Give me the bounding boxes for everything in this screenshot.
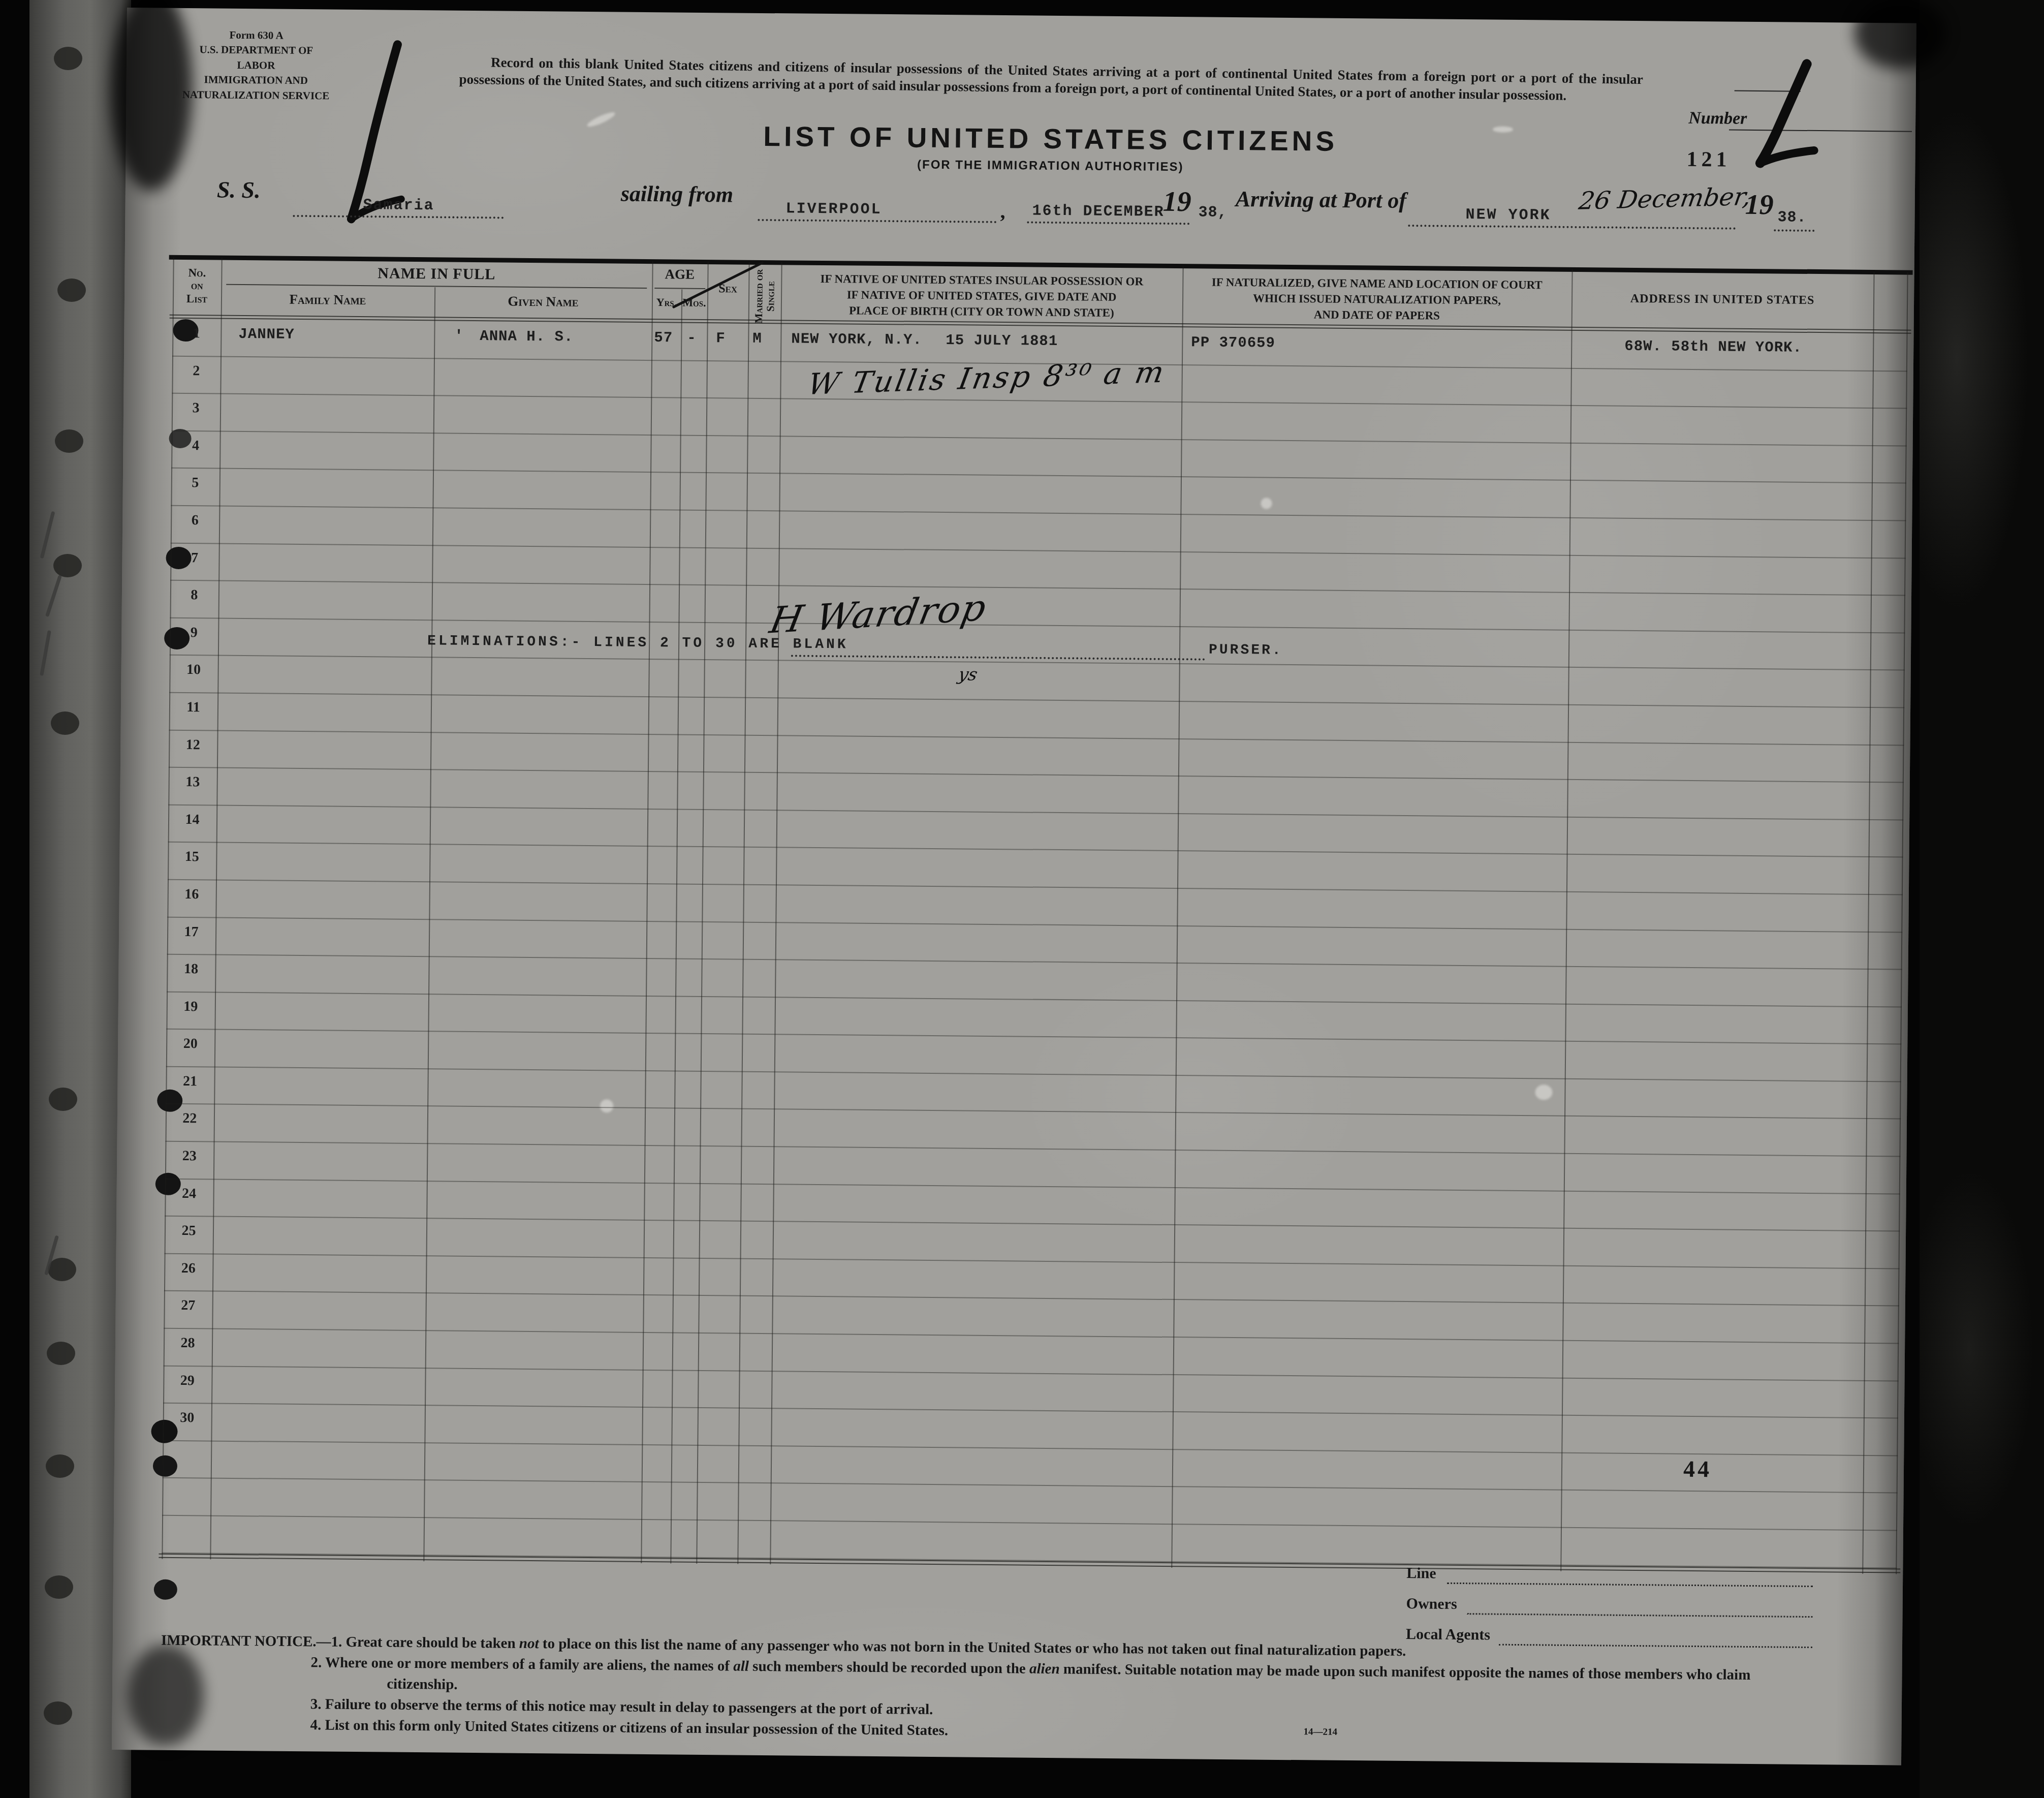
notice-text: 2. Where one or more members of a family… (310, 1654, 733, 1674)
departure-port-rule (758, 219, 996, 223)
owners-rule (1467, 1613, 1813, 1618)
col-header-yrs: Yrs. (652, 296, 681, 309)
row-number (163, 1484, 211, 1485)
row-number: 26 (164, 1260, 212, 1277)
row-number: 11 (169, 699, 217, 716)
page-title: LIST OF UNITED STATES CITIZENS (459, 117, 1643, 160)
col-header-naturalized: IF NATURALIZED, GIVE NAME AND LOCATION O… (1182, 274, 1572, 325)
married-single-value: M (752, 330, 762, 347)
sailing-year-typed: 38, (1198, 204, 1227, 221)
stamp-44: 44 (1683, 1455, 1712, 1482)
sex-value: F (716, 330, 726, 347)
row-number: 12 (169, 736, 217, 753)
row-number: 8 (170, 587, 218, 604)
film-scratch-mark (40, 511, 55, 559)
film-strip-right (1920, 0, 2044, 1798)
col-header-no: No. on List (173, 266, 222, 305)
col-header-given-name: Given Name (434, 293, 652, 311)
comma: , (1000, 199, 1005, 223)
arrival-date-handwritten: 26 December, (1577, 182, 1753, 215)
family-name-value: JANNEY (238, 326, 295, 343)
film-sprocket-hole (45, 1575, 73, 1599)
scanned-manifest-screenshot: { "form": { "id_block": "Form 630 A\nU.S… (0, 0, 2044, 1798)
row-number: 23 (165, 1148, 213, 1165)
arrival-year-typed: 38. (1777, 209, 1806, 226)
row-number: 10 (169, 662, 217, 678)
sailing-from-label: sailing from (621, 180, 734, 207)
corner-shadow (110, 0, 193, 191)
purser-label: PURSER. (1209, 642, 1283, 659)
row-number (163, 1447, 211, 1448)
age-months-value: - (687, 330, 697, 347)
number-label: Number (1688, 109, 1747, 129)
row-number: 3 (172, 400, 220, 417)
plate-code: 14—214 (1303, 1726, 1337, 1738)
passenger-table: No. on List NAME IN FULL Family Name Giv… (162, 257, 1908, 1574)
notice-text: such members should be recorded upon the (749, 1658, 1029, 1677)
form-id-block: Form 630 A U.S. DEPARTMENT OF LABOR IMMI… (182, 27, 330, 103)
notice-emphasis: alien (1029, 1661, 1060, 1678)
notice-text: IMPORTANT NOTICE.—1. Great care should b… (161, 1632, 519, 1652)
sailing-date-rule (1027, 221, 1189, 225)
film-sprocket-hole (54, 47, 82, 70)
handwritten-number-value (1749, 57, 1831, 175)
row-number: 9 (170, 625, 218, 641)
arrival-port-rule (1408, 225, 1736, 230)
row-number: 25 (165, 1223, 213, 1239)
col-header-sex: Sex (707, 282, 748, 296)
row-number: 2 (172, 362, 221, 379)
row-number: 4 (171, 438, 219, 454)
given-name-value: ANNA H. S. (480, 328, 573, 346)
notice-emphasis: all (733, 1658, 749, 1675)
row-number: 24 (165, 1185, 213, 1202)
line-rule (1447, 1583, 1813, 1587)
row-number: 27 (164, 1297, 212, 1314)
row-number: 15 (168, 849, 216, 865)
header-sub-rule (226, 284, 647, 289)
film-scratch-mark (40, 630, 51, 676)
film-sprocket-hole (47, 1342, 75, 1365)
row-number: 16 (168, 886, 216, 903)
punch-hole (154, 1579, 177, 1600)
col-header-age: AGE (652, 266, 707, 283)
row-number: 13 (169, 774, 217, 791)
sailing-date: 16th DECEMBER (1032, 203, 1164, 221)
row-number: 20 (166, 1036, 214, 1052)
table-body: 1 JANNEY ' ANNA H. S. 57 - F M NEW YORK,… (162, 319, 1907, 1568)
owners-label: Owners (1406, 1595, 1457, 1613)
ship-name: Samaria (363, 197, 434, 214)
address-value: 68W. 58th NEW YORK. (1624, 338, 1802, 356)
film-sprocket-hole (51, 711, 79, 735)
birth-date-value: 15 JULY 1881 (946, 332, 1058, 350)
arrival-year-rule (1774, 229, 1814, 232)
row-number: 28 (164, 1335, 212, 1352)
departure-port: LIVERPOOL (785, 200, 882, 219)
col-header-address: ADDRESS IN UNITED STATES (1571, 292, 1873, 308)
naturalization-value: PP 370659 (1191, 334, 1275, 351)
film-sprocket-hole (46, 1454, 74, 1478)
film-sprocket-hole (49, 1088, 77, 1111)
row-number: 14 (168, 811, 216, 828)
birth-place-value: NEW YORK, N.Y. (791, 330, 922, 348)
film-scratch-mark (45, 575, 62, 617)
arrival-port: NEW YORK (1465, 206, 1551, 224)
arriving-label: Arriving at Port of (1236, 186, 1407, 213)
important-notice: IMPORTANT NOTICE.—1. Great care should b… (160, 1630, 1822, 1749)
col-header-name-in-full: NAME IN FULL (221, 264, 652, 285)
film-sprocket-hole (57, 278, 86, 302)
row-number: 22 (166, 1110, 214, 1127)
arrival-year-printed: 19 (1745, 189, 1774, 221)
row-number: 6 (171, 512, 219, 529)
row-number: 19 (167, 998, 215, 1015)
row-number: 7 (170, 549, 218, 566)
row-number: 1 (172, 325, 221, 342)
film-sprocket-hole (44, 1701, 72, 1725)
col-header-family-name: Family Name (221, 291, 434, 309)
row-number: 5 (171, 475, 219, 491)
age-years-value: 57 (654, 329, 673, 346)
header-sub-rule (654, 288, 705, 289)
sailing-year-printed: 19 (1162, 185, 1191, 218)
row-number: 21 (166, 1073, 214, 1090)
form-instructions: Record on this blank United States citiz… (459, 54, 1643, 106)
line-label: Line (1406, 1565, 1436, 1583)
row-number: 30 (163, 1410, 211, 1427)
row-number: 18 (167, 961, 215, 978)
handwritten-tick: ' (454, 328, 464, 345)
notice-emphasis: not (519, 1635, 539, 1652)
film-sprocket-hole (48, 1258, 76, 1281)
film-sprocket-hole (53, 554, 82, 577)
manifest-page: Form 630 A U.S. DEPARTMENT OF LABOR IMMI… (112, 8, 1916, 1765)
row-number (162, 1522, 210, 1523)
col-header-married-single: Married or Single (753, 267, 777, 325)
page-stamp: 121 (1686, 147, 1731, 172)
row-number: 29 (163, 1372, 211, 1389)
ss-label: S. S. (217, 176, 261, 204)
row-number: 17 (167, 923, 215, 940)
film-sprocket-hole (55, 429, 83, 453)
col-header-birth: IF NATIVE OF UNITED STATES INSULAR POSSE… (781, 270, 1183, 321)
